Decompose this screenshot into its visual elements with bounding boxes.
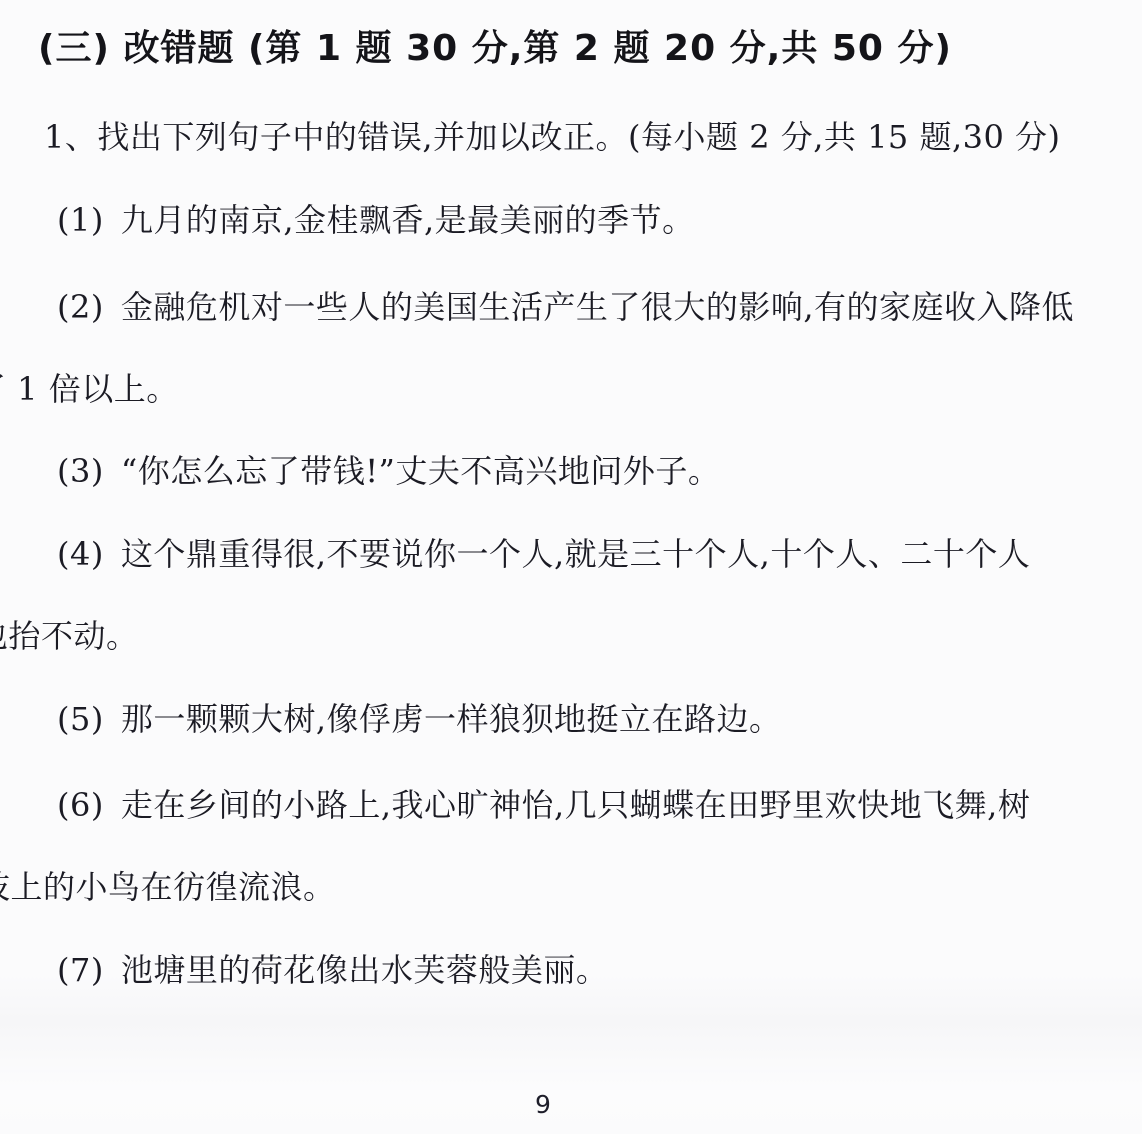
item-7-number: (7) [57, 951, 104, 989]
sentence-item-6-continuation: 枝上的小鸟在彷徨流浪。 [0, 867, 336, 907]
item-6-number: (6) [57, 786, 104, 824]
item-5-number: (5) [57, 700, 104, 738]
question-1-header: 1、找出下列句子中的错误,并加以改正。(每小题 2 分,共 15 题,30 分) [44, 117, 1061, 157]
sentence-item-2-continuation: 了 1 倍以上。 [0, 369, 179, 409]
item-1-text: 九月的南京,金桂飘香,是最美丽的季节。 [121, 201, 695, 239]
sentence-item-7: (7)池塘里的荷花像出水芙蓉般美丽。 [57, 950, 608, 990]
item-1-number: (1) [57, 201, 104, 239]
item-2-text: 金融危机对一些人的美国生活产生了很大的影响,有的家庭收入降低 [121, 288, 1074, 326]
section-title: (三) 改错题 (第 1 题 30 分,第 2 题 20 分,共 50 分) [38, 26, 952, 71]
item-7-text: 池塘里的荷花像出水芙蓉般美丽。 [121, 951, 609, 989]
sentence-item-3: (3)“你怎么忘了带钱!”丈夫不高兴地问外子。 [57, 451, 720, 491]
item-2-number: (2) [57, 288, 104, 326]
item-4-number: (4) [57, 535, 104, 573]
exam-page: { "document": { "section_title": "(三) 改错… [0, 0, 1142, 1134]
item-5-text: 那一颗颗大树,像俘虏一样狼狈地挺立在路边。 [121, 700, 782, 738]
sentence-item-4: (4)这个鼎重得很,不要说你一个人,就是三十个人,十个人、二十个人 [57, 534, 1030, 574]
item-4-text: 这个鼎重得很,不要说你一个人,就是三十个人,十个人、二十个人 [121, 535, 1031, 573]
sentence-item-2: (2)金融危机对一些人的美国生活产生了很大的影响,有的家庭收入降低 [57, 287, 1074, 327]
item-6-text: 走在乡间的小路上,我心旷神怡,几只蝴蝶在田野里欢快地飞舞,树 [121, 786, 1031, 824]
sentence-item-1: (1)九月的南京,金桂飘香,是最美丽的季节。 [57, 200, 695, 240]
sentence-item-5: (5)那一颗颗大树,像俘虏一样狼狈地挺立在路边。 [57, 699, 782, 739]
item-3-text: “你怎么忘了带钱!”丈夫不高兴地问外子。 [121, 452, 721, 490]
sentence-item-4-continuation: 也抬不动。 [0, 616, 139, 656]
page-number: 9 [0, 1090, 1086, 1119]
item-3-number: (3) [57, 452, 104, 490]
sentence-item-6: (6)走在乡间的小路上,我心旷神怡,几只蝴蝶在田野里欢快地飞舞,树 [57, 785, 1030, 825]
